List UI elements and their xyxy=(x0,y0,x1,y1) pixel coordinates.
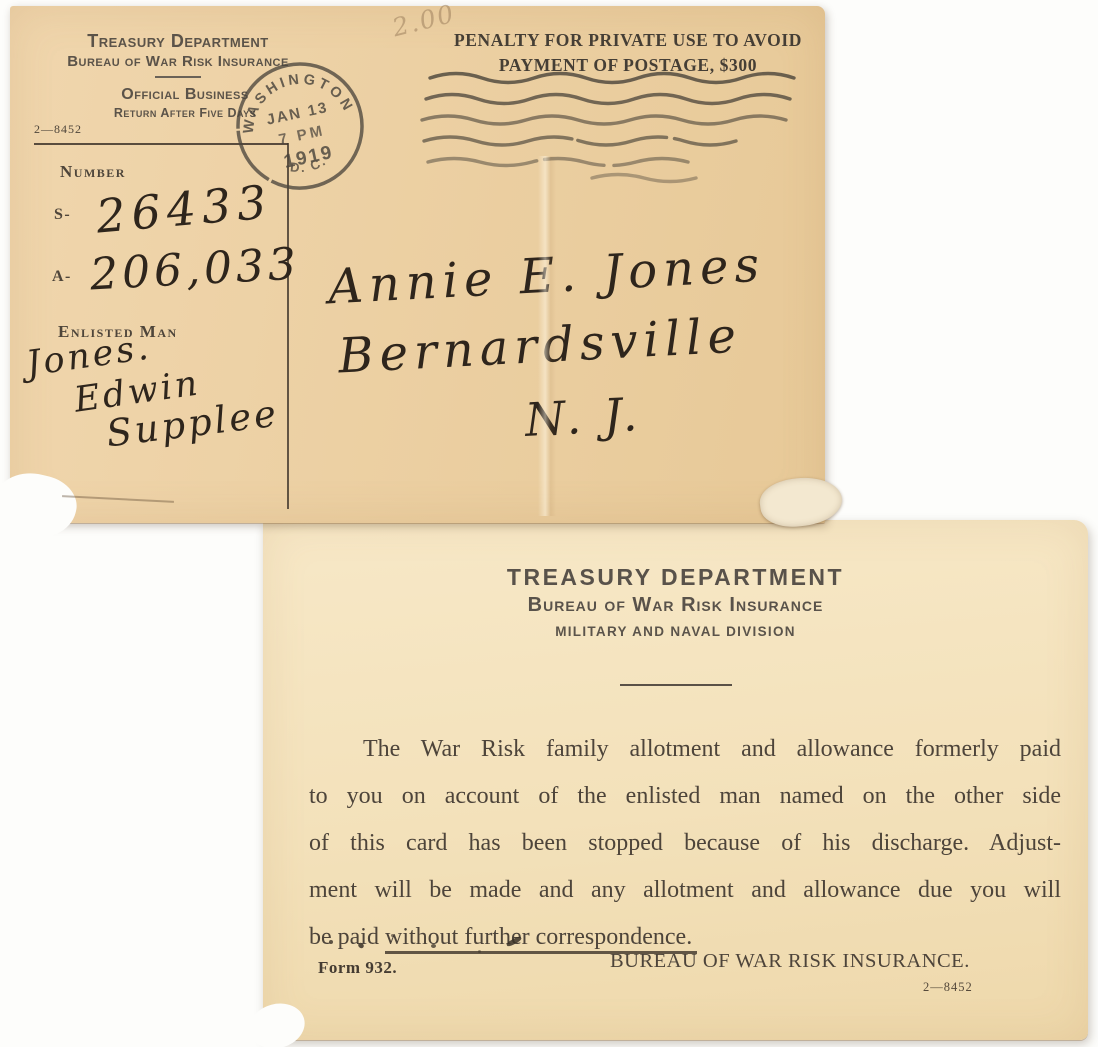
form-number: Form 932. xyxy=(318,958,397,978)
postcard-back: TREASURY DEPARTMENT Bureau of War Risk I… xyxy=(263,520,1088,1040)
front-print-code: 2—8452 xyxy=(34,122,82,137)
ink-speck xyxy=(391,934,394,937)
notice-last-prefix: be paid xyxy=(309,924,379,950)
ink-speck xyxy=(329,940,333,944)
notice-line: of this card has been stopped because of… xyxy=(309,820,1061,867)
back-subtitle: Bureau of War Risk Insurance xyxy=(263,594,1088,617)
penalty-line1: PENALTY FOR PRIVATE USE TO AVOID xyxy=(418,28,838,53)
back-title: TREASURY DEPARTMENT xyxy=(263,564,1088,591)
back-divider-rule xyxy=(620,684,732,686)
cancellation-wavy-lines xyxy=(412,66,820,186)
bureau-signature: BUREAU OF WAR RISK INSURANCE. xyxy=(610,950,970,973)
allotment-number-prefix: A- xyxy=(52,268,72,286)
service-number-prefix: S- xyxy=(54,206,71,224)
torn-edge xyxy=(244,998,309,1047)
notice-line: to you on account of the enlisted man na… xyxy=(309,773,1061,820)
svg-text:WASHINGTON: WASHINGTON xyxy=(231,60,358,137)
postmark-stamp: WASHINGTON D. C. JAN 13 7 PM 1919 xyxy=(205,31,395,221)
notice-line: ment will be made and any allotment and … xyxy=(309,867,1061,914)
ink-speck xyxy=(431,944,436,948)
back-print-code: 2—8452 xyxy=(923,980,973,995)
postcard-front: Treasury Department Bureau of War Risk I… xyxy=(10,6,825,523)
scan-background: TREASURY DEPARTMENT Bureau of War Risk I… xyxy=(0,0,1098,1047)
notice-body: The War Risk family allotment and allowa… xyxy=(309,726,1061,961)
paper-crack xyxy=(62,495,174,503)
torn-edge xyxy=(0,465,83,547)
allotment-number-handwritten: 206,033 xyxy=(89,239,301,301)
ink-speck xyxy=(478,950,481,953)
notice-line: The War Risk family allotment and allowa… xyxy=(309,726,1061,773)
paper-crease xyxy=(538,156,556,516)
header-rule xyxy=(155,76,201,78)
postmark-city: WASHINGTON xyxy=(231,60,358,137)
number-label: Number xyxy=(60,162,126,182)
back-division: MILITARY AND NAVAL DIVISION xyxy=(263,624,1088,639)
